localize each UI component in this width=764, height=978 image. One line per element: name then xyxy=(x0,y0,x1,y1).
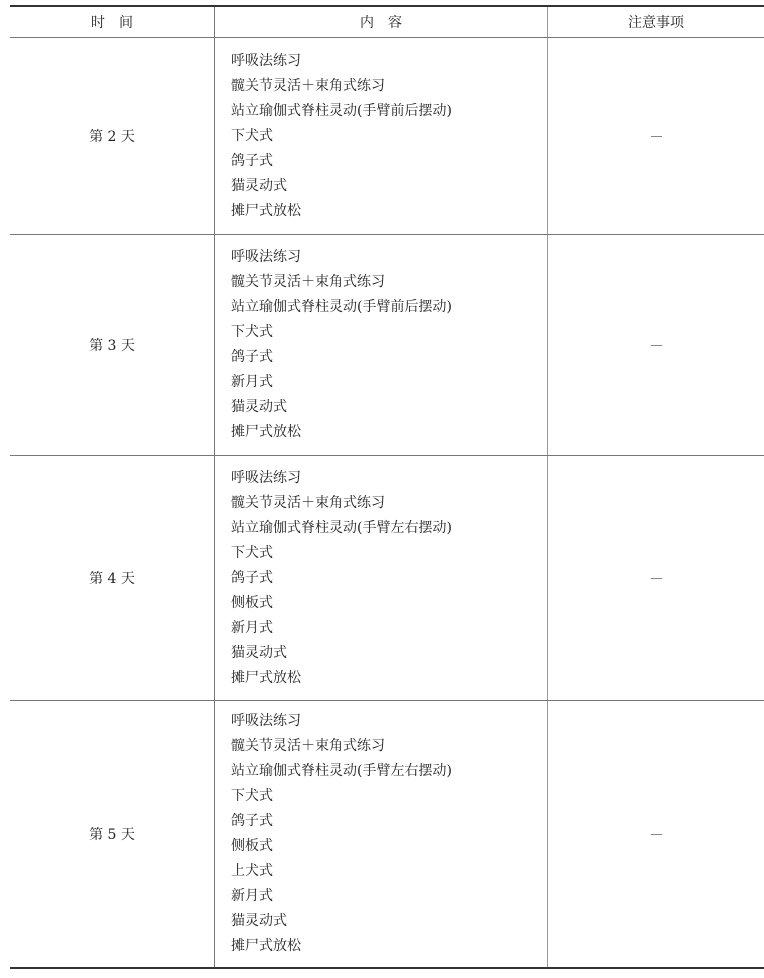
content-cell: 呼吸法练习 髋关节灵活＋束角式练习 站立瑜伽式脊柱灵动(手臂左右摆动) 下犬式 … xyxy=(215,701,548,967)
exercise-item: 猫灵动式 xyxy=(231,395,452,420)
exercise-item: 猫灵动式 xyxy=(231,174,452,199)
exercise-item: 髋关节灵活＋束角式练习 xyxy=(231,734,452,759)
dash-mark xyxy=(651,136,662,137)
yoga-schedule-table: 时 间 内 容 注意事项 第 2 天 呼吸法练习 髋关节灵活＋束角式练习 站立瑜… xyxy=(10,5,764,969)
day-cell: 第 3 天 xyxy=(10,235,215,455)
exercise-item: 鸽子式 xyxy=(231,566,452,591)
exercise-item: 髋关节灵活＋束角式练习 xyxy=(231,270,452,295)
exercise-item: 上犬式 xyxy=(231,859,452,884)
exercise-item: 髋关节灵活＋束角式练习 xyxy=(231,491,452,516)
content-cell: 呼吸法练习 髋关节灵活＋束角式练习 站立瑜伽式脊柱灵动(手臂前后摆动) 下犬式 … xyxy=(215,38,548,234)
table-row: 第 2 天 呼吸法练习 髋关节灵活＋束角式练习 站立瑜伽式脊柱灵动(手臂前后摆动… xyxy=(10,38,764,235)
exercise-item: 摊尸式放松 xyxy=(231,199,452,224)
exercise-item: 鸽子式 xyxy=(231,149,452,174)
exercise-item: 摊尸式放松 xyxy=(231,934,452,959)
day-cell: 第 2 天 xyxy=(10,38,215,234)
exercise-item: 站立瑜伽式脊柱灵动(手臂左右摆动) xyxy=(231,516,452,541)
exercise-item: 摊尸式放松 xyxy=(231,420,452,445)
dash-mark xyxy=(651,578,662,579)
exercise-item: 呼吸法练习 xyxy=(231,709,452,734)
exercise-item: 站立瑜伽式脊柱灵动(手臂左右摆动) xyxy=(231,759,452,784)
exercise-item: 侧板式 xyxy=(231,834,452,859)
table-row: 第 5 天 呼吸法练习 髋关节灵活＋束角式练习 站立瑜伽式脊柱灵动(手臂左右摆动… xyxy=(10,701,764,967)
notes-cell xyxy=(548,235,764,455)
table-header-row: 时 间 内 容 注意事项 xyxy=(10,7,764,38)
exercise-item: 呼吸法练习 xyxy=(231,466,452,491)
dash-mark xyxy=(651,345,662,346)
exercise-item: 摊尸式放松 xyxy=(231,666,452,691)
exercise-list: 呼吸法练习 髋关节灵活＋束角式练习 站立瑜伽式脊柱灵动(手臂前后摆动) 下犬式 … xyxy=(215,49,452,224)
header-content: 内 容 xyxy=(215,7,548,37)
notes-cell xyxy=(548,456,764,700)
exercise-item: 下犬式 xyxy=(231,784,452,809)
header-notes: 注意事项 xyxy=(548,7,764,37)
exercise-item: 猫灵动式 xyxy=(231,909,452,934)
exercise-item: 新月式 xyxy=(231,370,452,395)
exercise-item: 鸽子式 xyxy=(231,809,452,834)
exercise-item: 新月式 xyxy=(231,616,452,641)
exercise-item: 站立瑜伽式脊柱灵动(手臂前后摆动) xyxy=(231,295,452,320)
exercise-item: 猫灵动式 xyxy=(231,641,452,666)
notes-cell xyxy=(548,38,764,234)
exercise-list: 呼吸法练习 髋关节灵活＋束角式练习 站立瑜伽式脊柱灵动(手臂前后摆动) 下犬式 … xyxy=(215,245,452,445)
content-cell: 呼吸法练习 髋关节灵活＋束角式练习 站立瑜伽式脊柱灵动(手臂左右摆动) 下犬式 … xyxy=(215,456,548,700)
exercise-list: 呼吸法练习 髋关节灵活＋束角式练习 站立瑜伽式脊柱灵动(手臂左右摆动) 下犬式 … xyxy=(215,709,452,959)
day-cell: 第 5 天 xyxy=(10,701,215,967)
exercise-item: 呼吸法练习 xyxy=(231,49,452,74)
day-cell: 第 4 天 xyxy=(10,456,215,700)
notes-cell xyxy=(548,701,764,967)
table-row: 第 4 天 呼吸法练习 髋关节灵活＋束角式练习 站立瑜伽式脊柱灵动(手臂左右摆动… xyxy=(10,456,764,701)
exercise-item: 下犬式 xyxy=(231,541,452,566)
exercise-item: 下犬式 xyxy=(231,320,452,345)
content-cell: 呼吸法练习 髋关节灵活＋束角式练习 站立瑜伽式脊柱灵动(手臂前后摆动) 下犬式 … xyxy=(215,235,548,455)
exercise-item: 新月式 xyxy=(231,884,452,909)
header-time: 时 间 xyxy=(10,7,215,37)
table-row: 第 3 天 呼吸法练习 髋关节灵活＋束角式练习 站立瑜伽式脊柱灵动(手臂前后摆动… xyxy=(10,235,764,456)
exercise-item: 下犬式 xyxy=(231,124,452,149)
exercise-item: 鸽子式 xyxy=(231,345,452,370)
dash-mark xyxy=(651,834,662,835)
exercise-item: 站立瑜伽式脊柱灵动(手臂前后摆动) xyxy=(231,99,452,124)
exercise-item: 髋关节灵活＋束角式练习 xyxy=(231,74,452,99)
exercise-item: 侧板式 xyxy=(231,591,452,616)
exercise-item: 呼吸法练习 xyxy=(231,245,452,270)
exercise-list: 呼吸法练习 髋关节灵活＋束角式练习 站立瑜伽式脊柱灵动(手臂左右摆动) 下犬式 … xyxy=(215,466,452,691)
